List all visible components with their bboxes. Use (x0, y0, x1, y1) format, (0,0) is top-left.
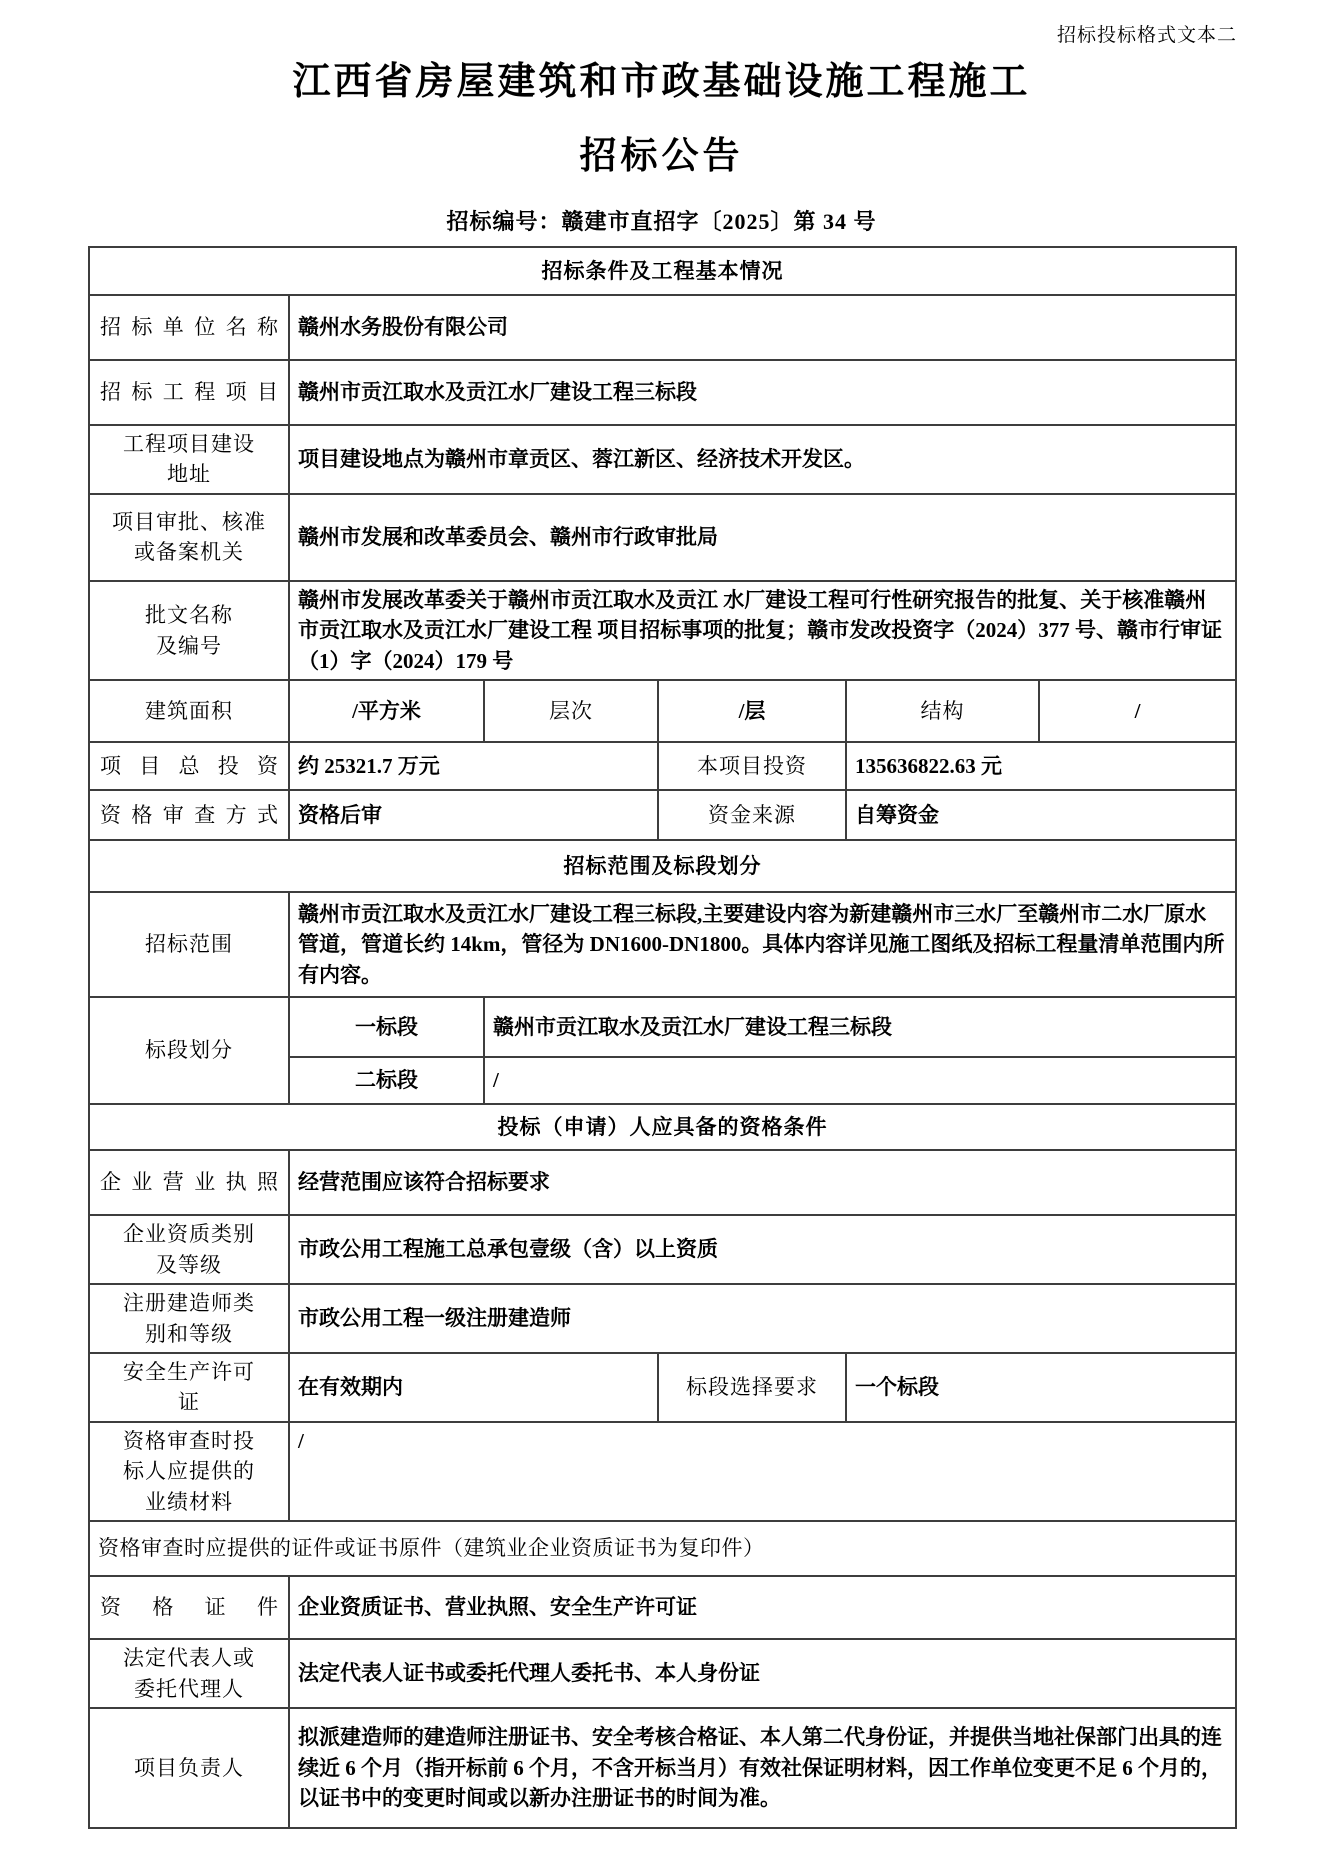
table-row: 批文名称 及编号 赣州市发展改革委关于赣州市贡江取水及贡江 水厂建设工程可行性研… (89, 581, 1236, 680)
business-license-value: 经营范围应该符合招标要求 (289, 1150, 1236, 1215)
tender-number: 招标编号：赣建市直招字〔2025〕第 34 号 (0, 205, 1323, 236)
floors-value: /层 (658, 680, 846, 742)
safety-permit-label: 安全生产许可 证 (89, 1353, 289, 1422)
project-manager-value: 拟派建造师的建造师注册证书、安全考核合格证、本人第二代身份证，并提供当地社保部门… (289, 1708, 1236, 1828)
performance-material-value: / (289, 1422, 1236, 1521)
table-row: 资格审查时应提供的证件或证书原件（建筑业企业资质证书为复印件） (89, 1521, 1236, 1576)
fund-source-value: 自筹资金 (846, 790, 1236, 840)
tender-scope-value: 赣州市贡江取水及贡江水厂建设工程三标段,主要建设内容为新建赣州市三水厂至赣州市二… (289, 892, 1236, 997)
table-row: 项目审批、核准 或备案机关 赣州市发展和改革委员会、赣州市行政审批局 (89, 494, 1236, 581)
approval-doc-label: 批文名称 及编号 (89, 581, 289, 680)
legal-representative-value: 法定代表人证书或委托代理人委托书、本人身份证 (289, 1639, 1236, 1708)
page-subtitle: 招标公告 (0, 125, 1323, 179)
table-row: 项目总投资 约 25321.7 万元 本项目投资 135636822.63 元 (89, 742, 1236, 790)
table-row: 招标条件及工程基本情况 (89, 247, 1236, 295)
qualification-cert-label: 资格证件 (89, 1576, 289, 1639)
enterprise-grade-label: 企业资质类别 及等级 (89, 1215, 289, 1284)
project-manager-label: 项目负责人 (89, 1708, 289, 1828)
table-row: 招标范围 赣州市贡江取水及贡江水厂建设工程三标段,主要建设内容为新建赣州市三水厂… (89, 892, 1236, 997)
section-choice-label: 标段选择要求 (658, 1353, 846, 1422)
building-area-label: 建筑面积 (89, 680, 289, 742)
qualification-review-value: 资格后审 (289, 790, 658, 840)
qualification-review-label: 资格审查方式 (89, 790, 289, 840)
table-row: 建筑面积 /平方米 层次 /层 结构 / (89, 680, 1236, 742)
project-investment-value: 135636822.63 元 (846, 742, 1236, 790)
enterprise-grade-value: 市政公用工程施工总承包壹级（含）以上资质 (289, 1215, 1236, 1284)
table-row: 法定代表人或 委托代理人 法定代表人证书或委托代理人委托书、本人身份证 (89, 1639, 1236, 1708)
total-investment-value: 约 25321.7 万元 (289, 742, 658, 790)
fund-source-label: 资金来源 (658, 790, 846, 840)
tender-scope-label: 招标范围 (89, 892, 289, 997)
table-row: 注册建造师类 别和等级 市政公用工程一级注册建造师 (89, 1284, 1236, 1353)
floors-label: 层次 (484, 680, 658, 742)
table-row: 企业营业执照 经营范围应该符合招标要求 (89, 1150, 1236, 1215)
tender-announcement-page: 招标投标格式文本二 江西省房屋建筑和市政基础设施工程施工 招标公告 招标编号：赣… (0, 0, 1323, 1871)
approval-doc-value: 赣州市发展改革委关于赣州市贡江取水及贡江 水厂建设工程可行性研究报告的批复、关于… (289, 581, 1236, 680)
approval-authority-label: 项目审批、核准 或备案机关 (89, 494, 289, 581)
total-investment-label: 项目总投资 (89, 742, 289, 790)
table-row: 招标工程项目 赣州市贡江取水及贡江水厂建设工程三标段 (89, 360, 1236, 425)
table-row: 投标（申请）人应具备的资格条件 (89, 1104, 1236, 1150)
building-area-value: /平方米 (289, 680, 484, 742)
table-row: 招标单位名称 赣州水务股份有限公司 (89, 295, 1236, 360)
performance-material-label: 资格审查时投 标人应提供的 业绩材料 (89, 1422, 289, 1521)
table-row: 资格证件 企业资质证书、营业执照、安全生产许可证 (89, 1576, 1236, 1639)
safety-permit-value: 在有效期内 (289, 1353, 658, 1422)
document-format-note: 招标投标格式文本二 (1057, 20, 1237, 47)
approval-authority-value: 赣州市发展和改革委员会、赣州市行政审批局 (289, 494, 1236, 581)
certificates-original-note: 资格审查时应提供的证件或证书原件（建筑业企业资质证书为复印件） (89, 1521, 1236, 1576)
section-one-value: 赣州市贡江取水及贡江水厂建设工程三标段 (484, 997, 1236, 1057)
tender-project-value: 赣州市贡江取水及贡江水厂建设工程三标段 (289, 360, 1236, 425)
section-header-bidder-qualification: 投标（申请）人应具备的资格条件 (89, 1104, 1236, 1150)
project-investment-label: 本项目投资 (658, 742, 846, 790)
structure-label: 结构 (846, 680, 1039, 742)
project-address-value: 项目建设地点为赣州市章贡区、蓉江新区、经济技术开发区。 (289, 425, 1236, 494)
section-two-label: 二标段 (289, 1057, 484, 1104)
tender-unit-value: 赣州水务股份有限公司 (289, 295, 1236, 360)
tender-info-table: 招标条件及工程基本情况 招标单位名称 赣州水务股份有限公司 招标工程项目 赣州市… (88, 246, 1237, 1829)
section-header-basic-info: 招标条件及工程基本情况 (89, 247, 1236, 295)
qualification-cert-value: 企业资质证书、营业执照、安全生产许可证 (289, 1576, 1236, 1639)
section-division-label: 标段划分 (89, 997, 289, 1104)
tender-project-label: 招标工程项目 (89, 360, 289, 425)
registered-builder-label: 注册建造师类 别和等级 (89, 1284, 289, 1353)
structure-value: / (1039, 680, 1236, 742)
table-row: 标段划分 一标段 赣州市贡江取水及贡江水厂建设工程三标段 (89, 997, 1236, 1057)
table-row: 企业资质类别 及等级 市政公用工程施工总承包壹级（含）以上资质 (89, 1215, 1236, 1284)
page-title: 江西省房屋建筑和市政基础设施工程施工 (0, 50, 1323, 105)
legal-representative-label: 法定代表人或 委托代理人 (89, 1639, 289, 1708)
tender-unit-label: 招标单位名称 (89, 295, 289, 360)
table-row: 项目负责人 拟派建造师的建造师注册证书、安全考核合格证、本人第二代身份证，并提供… (89, 1708, 1236, 1828)
table-row: 安全生产许可 证 在有效期内 标段选择要求 一个标段 (89, 1353, 1236, 1422)
section-one-label: 一标段 (289, 997, 484, 1057)
project-address-label: 工程项目建设 地址 (89, 425, 289, 494)
table-row: 招标范围及标段划分 (89, 840, 1236, 892)
section-header-scope: 招标范围及标段划分 (89, 840, 1236, 892)
section-choice-value: 一个标段 (846, 1353, 1236, 1422)
table-row: 工程项目建设 地址 项目建设地点为赣州市章贡区、蓉江新区、经济技术开发区。 (89, 425, 1236, 494)
table-row: 资格审查方式 资格后审 资金来源 自筹资金 (89, 790, 1236, 840)
registered-builder-value: 市政公用工程一级注册建造师 (289, 1284, 1236, 1353)
business-license-label: 企业营业执照 (89, 1150, 289, 1215)
section-two-value: / (484, 1057, 1236, 1104)
table-row: 资格审查时投 标人应提供的 业绩材料 / (89, 1422, 1236, 1521)
